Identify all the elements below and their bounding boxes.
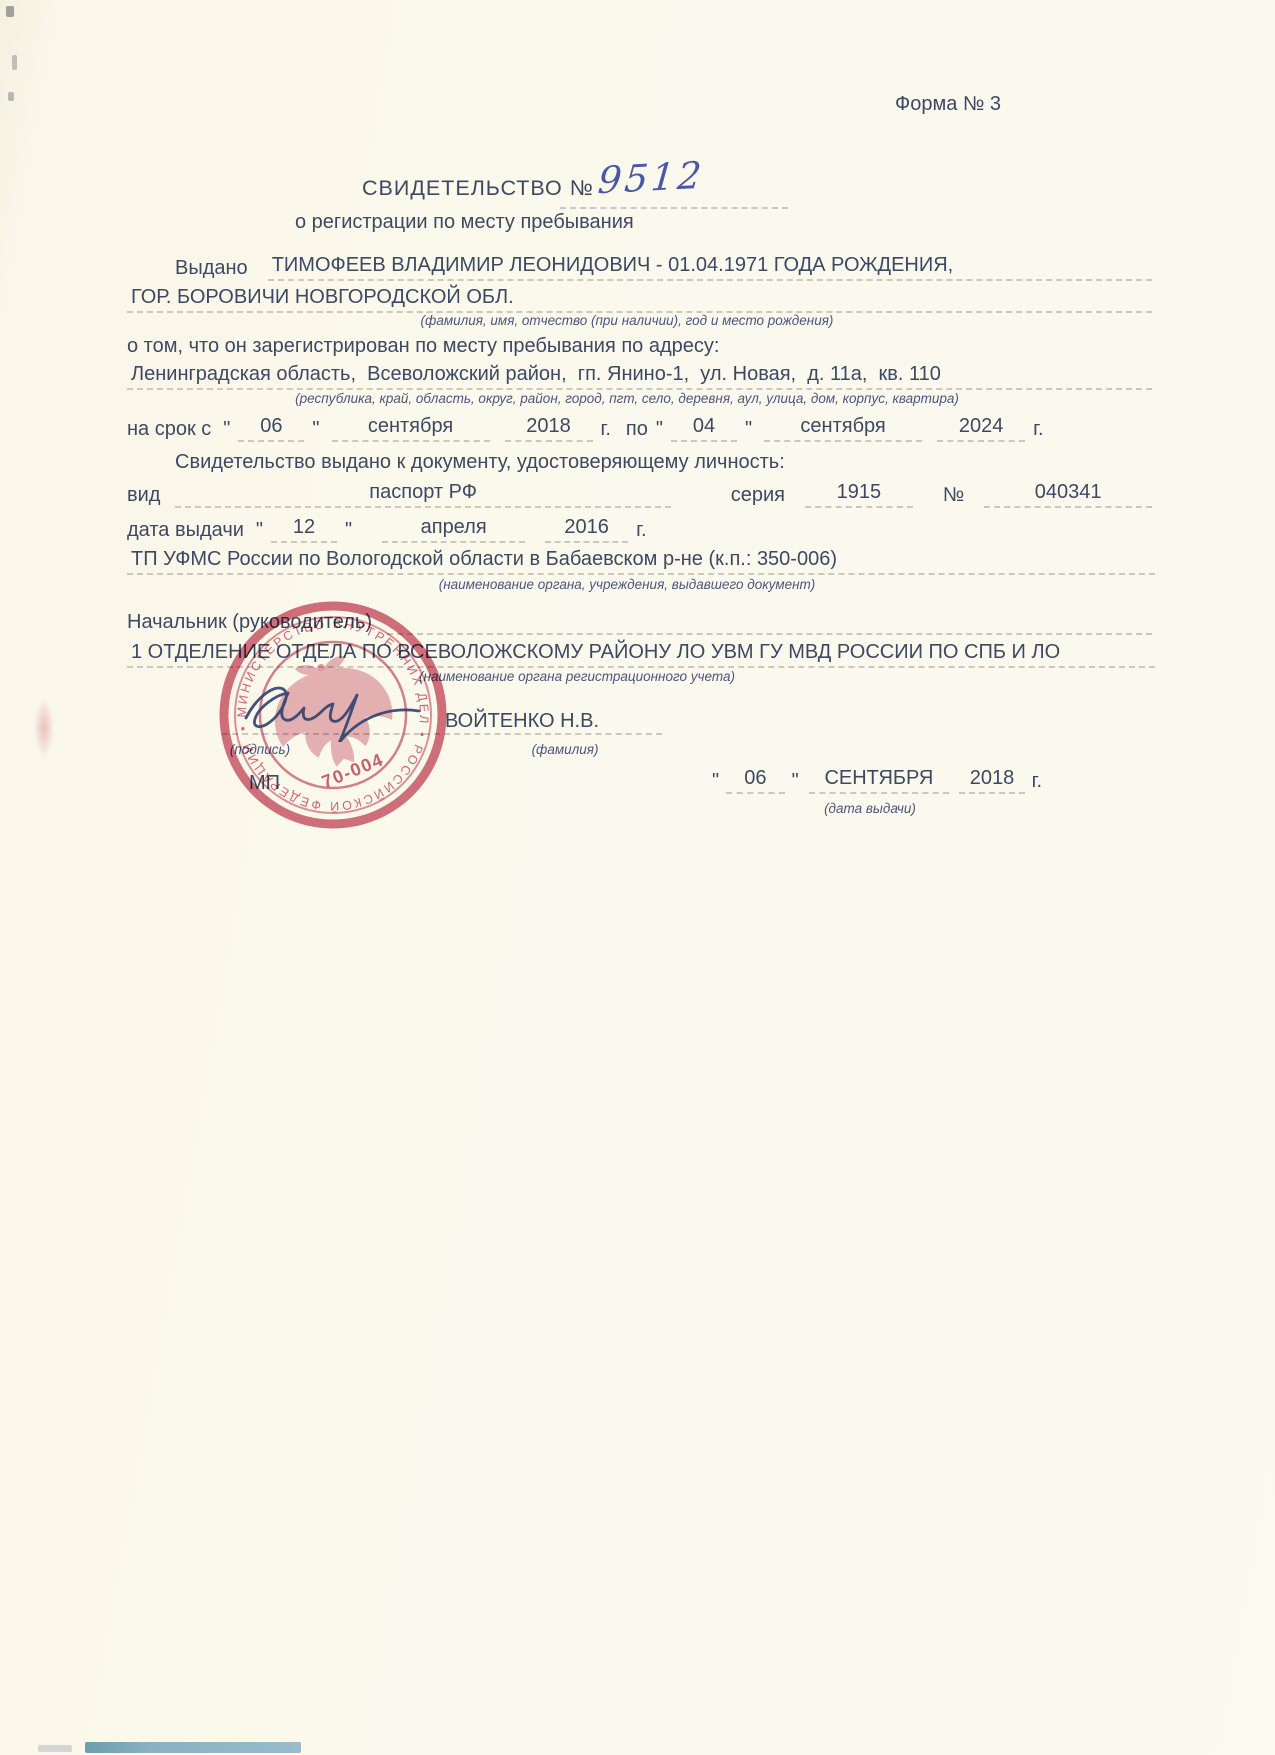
quote-mark: " (312, 416, 319, 442)
stamp-ink-smudge-artifact (34, 698, 54, 758)
handwritten-signature (236, 670, 466, 742)
document-intro-line: Свидетельство выдано к документу, удосто… (127, 449, 785, 475)
head-fill-line (387, 632, 1152, 635)
quote-mark: " (256, 517, 263, 543)
issue-date-caption: (дата выдачи) (775, 800, 965, 817)
year-suffix: г. (601, 416, 611, 442)
certificate-subtitle: о регистрации по месту пребывания (295, 211, 634, 234)
issuing-authority-line: ТП УФМС России по Вологодской области в … (127, 546, 1155, 575)
person-name-line2: ГОР. БОРОВИЧИ НОВГОРОДСКОЙ ОБЛ. (127, 284, 1152, 313)
term-to-day: 04 (671, 413, 737, 442)
term-to-year: 2024 (937, 413, 1025, 442)
series-value: 1915 (805, 479, 913, 508)
issued-line: Выдано ТИМОФЕЕВ ВЛАДИМИР ЛЕОНИДОВИЧ - 01… (127, 252, 1152, 281)
quote-mark: " (792, 768, 799, 794)
doc-issue-year: 2016 (545, 514, 628, 543)
issue-date-day: 06 (726, 765, 785, 794)
person-name-line1: ТИМОФЕЕВ ВЛАДИМИР ЛЕОНИДОВИЧ - 01.04.197… (268, 252, 1152, 281)
certificate-title: СВИДЕТЕЛЬСТВО № (362, 176, 594, 201)
term-to-month: сентября (764, 413, 922, 442)
address-caption: (республика, край, область, округ, район… (167, 390, 1087, 407)
issue-date-month: СЕНТЯБРЯ (809, 765, 949, 794)
address-line: Ленинградская область, Всеволожский райо… (127, 361, 1152, 390)
term-prefix: на срок с (127, 416, 211, 442)
scan-edge-strip-artifact (85, 1742, 301, 1753)
quote-mark: " (223, 416, 230, 442)
year-suffix: г. (636, 517, 646, 543)
doc-issue-month: апреля (382, 514, 525, 543)
registered-intro-line: о том, что он зарегистрирован по месту п… (127, 333, 719, 359)
person-caption: (фамилия, имя, отчество (при наличии), г… (167, 312, 1087, 329)
term-from-month: сентября (332, 413, 490, 442)
term-line: на срок с " 06 " сентября 2018 г. по " 0… (127, 413, 1047, 442)
quote-mark: " (656, 416, 663, 442)
form-number-label: Форма № 3 (895, 93, 1001, 116)
document-issue-date-line: дата выдачи " 12 " апреля 2016 г. (127, 514, 647, 543)
signer-name: ВОЙТЕНКО Н.В. (445, 710, 599, 733)
scan-speck-artifact (12, 55, 17, 70)
series-label: серия (731, 482, 785, 508)
issue-date-label: дата выдачи (127, 517, 244, 543)
scan-speck-artifact (6, 6, 14, 17)
quote-mark: " (345, 517, 352, 543)
certificate-number-underline (560, 207, 788, 209)
surname-caption: (фамилия) (505, 741, 625, 758)
issued-label: Выдано (175, 255, 248, 281)
number-value: 040341 (984, 479, 1152, 508)
document-type-line: вид паспорт РФ серия 1915 № 040341 (127, 479, 1152, 508)
document-intro: Свидетельство выдано к документу, удосто… (175, 449, 785, 475)
address-value: Ленинградская область, Всеволожский райо… (127, 361, 1152, 390)
issued-line2: ГОР. БОРОВИЧИ НОВГОРОДСКОЙ ОБЛ. (127, 284, 1152, 313)
issuing-authority: ТП УФМС России по Вологодской области в … (127, 546, 1155, 575)
scan-edge-mark-artifact (38, 1745, 72, 1752)
term-from-day: 06 (238, 413, 304, 442)
issuer-caption: (наименование органа, учреждения, выдавш… (167, 576, 1087, 593)
doc-type-value: паспорт РФ (175, 479, 670, 508)
issue-date-line: " 06 " СЕНТЯБРЯ 2018 г. (712, 765, 1042, 794)
issue-date-year: 2018 (959, 765, 1025, 794)
term-from-year: 2018 (505, 413, 593, 442)
scan-speck-artifact (8, 92, 14, 101)
number-label: № (943, 482, 964, 508)
term-to-label: по (626, 416, 648, 442)
registered-intro: о том, что он зарегистрирован по месту п… (127, 333, 719, 359)
year-suffix: г. (1033, 416, 1043, 442)
year-suffix: г. (1032, 768, 1042, 794)
doc-type-label: вид (127, 482, 160, 508)
quote-mark: " (712, 768, 719, 794)
doc-issue-day: 12 (271, 514, 337, 543)
quote-mark: " (745, 416, 752, 442)
